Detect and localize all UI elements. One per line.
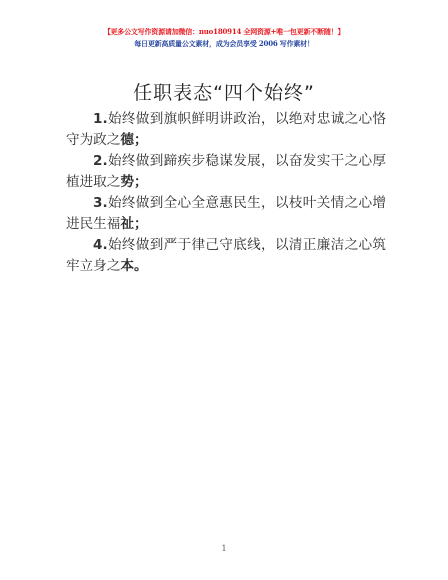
paragraph-1: 1.始终做到旗帜鲜明讲政治，以绝对忠诚之心恪守为政之德； — [66, 109, 386, 151]
page-number: 1 — [0, 544, 448, 554]
document-body: 1.始终做到旗帜鲜明讲政治，以绝对忠诚之心恪守为政之德； 2.始终做到蹄疾步稳谋… — [66, 109, 386, 277]
paragraph-text: 始终做到全心全意惠民生，以枝叶关情之心增进民生福 — [66, 195, 386, 232]
document-title: 任职表态“四个始终” — [0, 80, 448, 106]
paragraph-text: 始终做到严于律己守底线，以清正廉洁之心筑牢立身之 — [66, 237, 386, 274]
paragraph-tail: 本。 — [120, 258, 147, 274]
paragraph-number: 3. — [93, 195, 108, 211]
paragraph-number: 1. — [93, 111, 108, 127]
paragraph-tail: 德； — [120, 132, 147, 148]
paragraph-number: 2. — [93, 153, 108, 169]
paragraph-text: 始终做到旗帜鲜明讲政治，以绝对忠诚之心恪守为政之 — [66, 111, 386, 148]
paragraph-number: 4. — [93, 237, 108, 253]
paragraph-2: 2.始终做到蹄疾步稳谋发展，以奋发实干之心厚植进取之势； — [66, 151, 386, 193]
document-page: 【更多公文写作资源请加微信：nuo180914 全网资源+唯一包更新不断随！】 … — [0, 0, 448, 580]
promo-banner-line-2: 每日更新高质量公文素材，成为会员享受 2006 写作素材！ — [0, 39, 448, 48]
paragraph-4: 4.始终做到严于律己守底线，以清正廉洁之心筑牢立身之本。 — [66, 235, 386, 277]
paragraph-tail: 祉； — [120, 216, 147, 232]
paragraph-text: 始终做到蹄疾步稳谋发展，以奋发实干之心厚植进取之 — [66, 153, 386, 190]
paragraph-3: 3.始终做到全心全意惠民生，以枝叶关情之心增进民生福祉； — [66, 193, 386, 235]
paragraph-tail: 势； — [120, 174, 147, 190]
promo-banner-line-1: 【更多公文写作资源请加微信：nuo180914 全网资源+唯一包更新不断随！】 — [0, 27, 448, 36]
